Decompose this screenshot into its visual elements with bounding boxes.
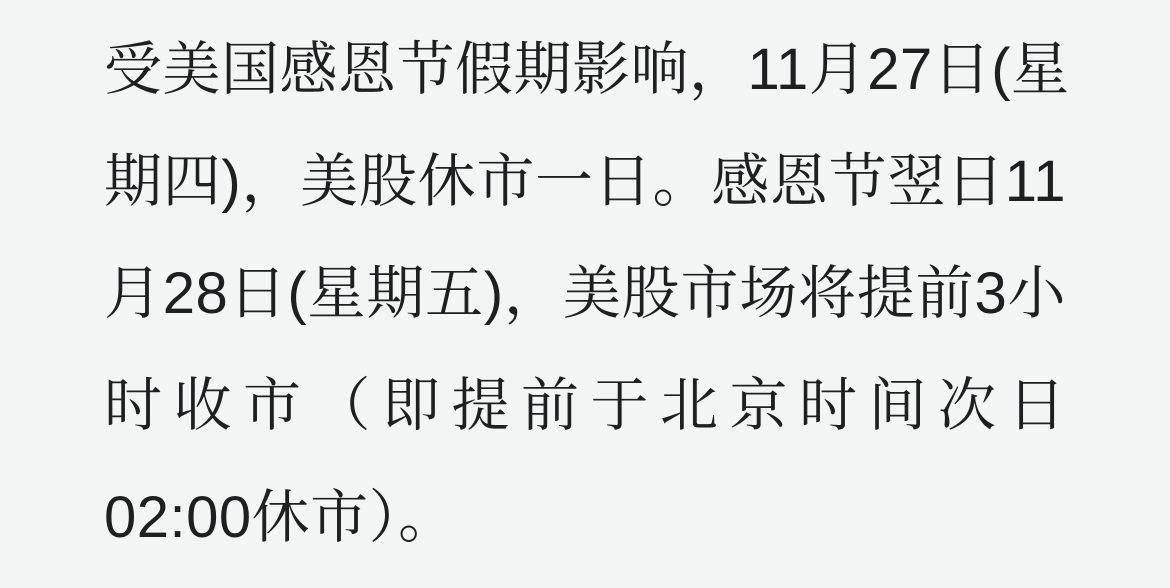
notice-text-block: 受美国感恩节假期影响，11月27日(星 期四)，美股休市一日。感恩节翌日11 月… [104,14,1066,574]
notice-line-1: 受美国感恩节假期影响，11月27日(星 [104,14,1066,126]
screenshot-root: { "page": { "background_color": "#f3f4f4… [0,0,1170,588]
notice-line-5: 02:00休市）。 [104,462,1066,574]
notice-line-2: 期四)，美股休市一日。感恩节翌日11 [104,126,1066,238]
notice-line-3: 月28日(星期五)，美股市场将提前3小 [104,238,1066,350]
notice-line-4: 时收市（即提前于北京时间次日 [104,350,1066,462]
